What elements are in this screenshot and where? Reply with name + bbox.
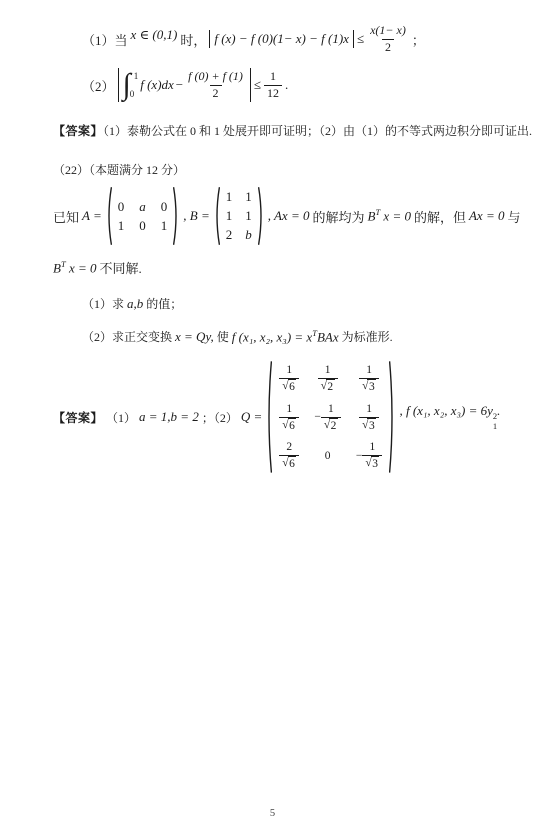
matrix-Q-grid: 1√6 1√2 1√3 1√6 −1√2 1√3 2√6 0 −1√3 — [272, 359, 389, 475]
matrix-cell: 2 — [226, 227, 233, 243]
problem22-question1: （1）求 a,b 的值； — [82, 295, 531, 312]
document-page: （1）当 x ∈ (0,1) 时， f (x) − f (0)(1− x) − … — [0, 0, 545, 829]
math-x-Qy: x = Qy, — [175, 329, 214, 345]
f-equals-6y: , f (x₁, x₂, x₃) = 6y — [399, 403, 492, 418]
matrix-B-grid: 1 1 1 1 2 b — [220, 187, 258, 245]
matrix-cell: 1√3 — [359, 402, 379, 433]
punctuation-semicolon: ； — [412, 30, 425, 49]
subscript: 1 — [493, 422, 497, 431]
math-BT-x-equals-zero: BT x = 0 — [367, 207, 410, 224]
text-with: 与 — [507, 207, 520, 226]
radicand: 6 — [288, 379, 297, 394]
cell-numerator: 1 — [283, 402, 295, 417]
cell-numerator: 2 — [283, 440, 295, 455]
cell-numerator: 1 — [325, 402, 337, 417]
math-Ax-equals-zero2: Ax = 0 — [469, 208, 504, 224]
cell-numerator: 1 — [283, 363, 295, 378]
item2-label: （2） — [82, 76, 115, 95]
matrix-cell: 1 — [161, 218, 168, 234]
matrix-Q: 1√6 1√2 1√3 1√6 −1√2 1√3 2√6 0 −1√3 — [266, 359, 395, 475]
answer-text: （1）泰勒公式在 0 和 1 处展开即可证明；（2）由（1）的不等式两边积分即可… — [103, 124, 532, 138]
matrix-cell: 0 — [161, 199, 168, 215]
right-paren-icon — [389, 359, 395, 475]
answer-label: 【答案】 — [53, 409, 103, 426]
matrix-cell: 1 — [226, 208, 233, 224]
matrix-cell: 1√3 — [359, 363, 379, 394]
punctuation-period: . — [497, 403, 500, 418]
text-given: 已知 — [53, 207, 79, 226]
matrix-cell: −1√3 — [356, 440, 383, 471]
transpose-superscript: T — [375, 207, 380, 217]
radicand: 3 — [371, 456, 380, 471]
fraction-denominator: 12 — [264, 85, 282, 102]
matrix-Q-equals: Q = — [241, 409, 262, 425]
f-of-x: f (x₁, x₂, x₃) = x — [232, 329, 312, 344]
q1-label: （1）求 — [82, 295, 124, 312]
problem22-answer: 【答案】 （1） a = 1,b = 2 ；（2） Q = 1√6 1√2 1√… — [53, 355, 531, 479]
matrix-cell: 2√6 — [279, 440, 299, 471]
math-inequality-lhs: f (x) − f (0)(1− x) − f (1)x — [214, 31, 349, 47]
var-x-eq-zero: x = 0 — [383, 209, 411, 224]
var-x-eq-zero: x = 0 — [69, 260, 97, 275]
integral-limits: 1 0 — [130, 71, 139, 99]
matrix-cell: 1 — [245, 189, 252, 205]
matrix-cell: 1√6 — [279, 363, 299, 394]
zero-cell: 0 — [325, 450, 331, 462]
radicand: 6 — [288, 456, 297, 471]
math-quadratic-form: f (x₁, x₂, x₃) = xTBAx — [232, 328, 339, 345]
right-paren-icon — [258, 186, 264, 246]
cell-numerator: 1 — [322, 363, 334, 378]
math-BT-x-equals-zero: BT x = 0 — [53, 259, 96, 276]
text-different-solution: 不同解. — [99, 258, 141, 277]
matrix-cell: 0 — [325, 450, 331, 462]
answer-part2-label: ；（2） — [202, 409, 238, 426]
matrix-cell: −1√2 — [314, 402, 341, 433]
radicand: 2 — [329, 418, 338, 433]
text-solution-but: 的解，但 — [414, 207, 466, 226]
q2-label: （2）求正交变换 — [82, 328, 172, 345]
leq-symbol: ≤ — [254, 77, 261, 93]
text-shi: 时， — [180, 30, 206, 49]
fraction-denominator: 2 — [382, 39, 394, 56]
matrix-cell: 0 — [139, 218, 146, 234]
fraction-average: f (0) + f (1) 2 — [185, 69, 246, 101]
matrix-B-equals: , B = — [183, 208, 209, 224]
page-number: 5 — [0, 808, 545, 819]
radicand: 2 — [326, 379, 335, 394]
problem22-title: （22）（本题满分 12 分） — [53, 163, 185, 177]
integral-upper-limit: 1 — [134, 71, 139, 81]
text-solutions-are: 的解均为 — [312, 207, 364, 226]
matrix-cell: a — [139, 199, 146, 215]
punctuation-period: . — [285, 77, 288, 93]
fraction-denominator: 2 — [210, 85, 222, 102]
problem22-given: 已知 A = 0 a 0 1 0 1 , B = 1 1 1 1 2 b — [53, 186, 531, 246]
absolute-value-expression: ∫ 1 0 f (x)dx − f (0) + f (1) 2 — [118, 68, 251, 102]
math-ab-values: a = 1,b = 2 — [139, 409, 199, 425]
math-normal-form: , f (x₁, x₂, x₃) = 6y21. — [399, 403, 500, 431]
matrix-cell: 1 — [245, 208, 252, 224]
q1-tail: 的值； — [146, 295, 182, 312]
matrix-A-grid: 0 a 0 1 0 1 — [112, 197, 174, 236]
q2-tail: 为标准形. — [342, 328, 393, 345]
matrix-cell: 1√2 — [318, 363, 338, 394]
matrix-A: 0 a 0 1 0 1 — [106, 186, 180, 246]
transpose-superscript: T — [61, 259, 66, 269]
math-domain-condition: x ∈ (0,1) — [131, 27, 178, 43]
problem22-heading: （22）（本题满分 12 分） — [53, 161, 531, 178]
integral-symbol: ∫ 1 0 — [123, 70, 139, 100]
math-Ax-equals-zero: , Ax = 0 — [268, 208, 310, 224]
matrix-cell: 1√6 — [279, 402, 299, 433]
radicand: 6 — [288, 418, 297, 433]
leq-symbol: ≤ — [357, 31, 364, 47]
problem22-given-continued: BT x = 0 不同解. — [53, 258, 531, 277]
matrix-cell: 1 — [118, 218, 125, 234]
fraction-rhs: x(1− x) 2 — [367, 23, 409, 55]
fraction-numerator: x(1− x) — [367, 23, 409, 39]
integrand: f (x)dx — [140, 77, 174, 93]
math-ab: a,b — [127, 296, 143, 312]
answer-label: 【答案】 — [53, 124, 103, 138]
cell-numerator: 1 — [363, 402, 375, 417]
matrix-cell: 1 — [226, 189, 233, 205]
minus-operator: − — [176, 77, 183, 93]
matrix-cell: 0 — [118, 199, 125, 215]
cell-numerator: 1 — [363, 363, 375, 378]
cell-numerator: 1 — [367, 440, 379, 455]
radicand: 3 — [367, 418, 376, 433]
radicand: 3 — [367, 379, 376, 394]
fraction-bound: 1 12 — [264, 69, 282, 101]
text-shi2: 使 — [217, 328, 229, 345]
matrix-A-equals: A = — [82, 208, 102, 224]
right-paren-icon — [173, 186, 179, 246]
BAx-term: BAx — [317, 329, 339, 344]
problem21-answer: 【答案】（1）泰勒公式在 0 和 1 处展开即可证明；（2）由（1）的不等式两边… — [53, 122, 531, 139]
fraction-numerator: 1 — [267, 69, 279, 85]
problem21-part1: （1）当 x ∈ (0,1) 时， f (x) − f (0)(1− x) − … — [82, 22, 531, 56]
matrix-cell: b — [245, 227, 252, 243]
absolute-value-expression: f (x) − f (0)(1− x) − f (1)x — [209, 30, 354, 48]
problem21-part2: （2） ∫ 1 0 f (x)dx − f (0) + f (1) 2 ≤ 1 … — [82, 62, 531, 108]
answer-part1-label: （1） — [106, 409, 136, 426]
var-B: B — [53, 260, 61, 275]
matrix-B: 1 1 1 1 2 b — [214, 186, 264, 246]
integral-lower-limit: 0 — [130, 89, 139, 99]
fraction-numerator: f (0) + f (1) — [185, 69, 246, 85]
problem22-question2: （2）求正交变换 x = Qy, 使 f (x₁, x₂, x₃) = xTBA… — [82, 328, 531, 345]
item1-label: （1）当 — [82, 30, 128, 49]
